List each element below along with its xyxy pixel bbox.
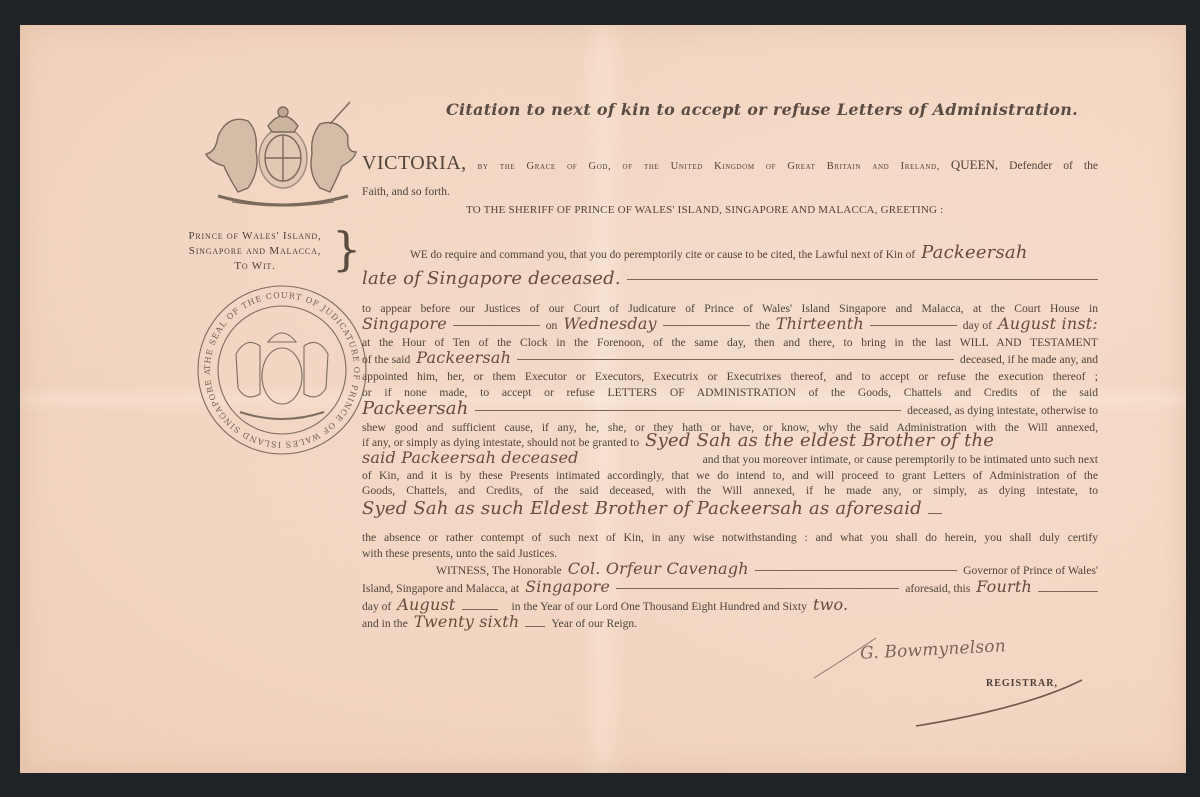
hw-day: Thirteenth — [776, 317, 864, 331]
body-line-7: appointed him, her, or them Executor or … — [362, 370, 1098, 384]
body-line-16: the absence or rather contempt of such n… — [362, 531, 1098, 545]
hw-grantee-2: said Packeersah deceased — [362, 451, 579, 465]
body-line-2: late of Singapore deceased. — [362, 272, 1098, 286]
hw-witness-month: August — [397, 598, 455, 612]
body-line-3: to appear before our Justices of our Cou… — [362, 302, 1098, 316]
hw-deceased-name-2: Packeersah — [416, 351, 511, 365]
hw-witness-place: Singapore — [525, 580, 610, 594]
court-seal-icon: THE SEAL OF THE COURT OF JUDICATURE OF P… — [196, 284, 368, 456]
hw-grantee-3: Syed Sah as such Eldest Brother of Packe… — [362, 502, 922, 516]
sovereign-name: VICTORIA, — [362, 152, 467, 174]
hw-year: two. — [813, 598, 848, 612]
jurisdiction-line-1: Prince of Wales' Island, — [170, 229, 340, 244]
hw-grantee: Syed Sah as the eldest Brother of the — [645, 434, 1098, 448]
hw-reign-year: Twenty sixth — [414, 615, 520, 629]
svg-text:THE SEAL OF THE COURT OF JUDIC: THE SEAL OF THE COURT OF JUDICATURE OF P… — [196, 284, 361, 449]
hw-court-place: Singapore — [362, 317, 447, 331]
body-line-15: Syed Sah as such Eldest Brother of Packe… — [362, 502, 1098, 516]
body-line-1: WE do require and command you, that you … — [410, 246, 1098, 262]
hw-late-of: late of Singapore deceased. — [362, 272, 621, 286]
registrar-label: REGISTRAR, — [986, 678, 1058, 689]
body-line-6: of the said Packeersah deceased, if he m… — [362, 351, 1098, 367]
hw-deceased-name: Packeersah — [921, 246, 1028, 260]
body-line-4: Singapore on Wednesday the Thirteenth da… — [362, 317, 1098, 333]
preamble-line-1: VICTORIA, by the Grace of God, of the Un… — [362, 156, 1098, 174]
hw-witness-day: Fourth — [976, 580, 1032, 594]
jurisdiction-line-2: Singapore and Malacca, — [170, 244, 340, 259]
witness-line-2: Island, Singapore and Malacca, at Singap… — [362, 580, 1098, 596]
brace-icon: } — [332, 226, 361, 272]
body-line-8: or if none made, to accept or refuse LET… — [362, 386, 1098, 400]
body-line-12: said Packeersah deceased and that you mo… — [362, 451, 1098, 467]
body-line-13: of Kin, and it is by these Presents inti… — [362, 469, 1098, 483]
body-line-14: Goods, Chattels, and Credits, of the sai… — [362, 484, 1098, 498]
preamble-line-2: Faith, and so forth. — [362, 185, 1098, 199]
body-line-9: Packeersah deceased, as dying intestate,… — [362, 402, 1098, 418]
witness-line-1: WITNESS, The Honorable Col. Orfeur Caven… — [436, 562, 1098, 578]
royal-coat-of-arms-icon — [188, 96, 378, 214]
hw-governor: Col. Orfeur Cavenagh — [568, 562, 749, 576]
document-title: Citation to next of kin to accept or ref… — [442, 100, 1082, 119]
address-line: TO THE SHERIFF OF PRINCE OF WALES' ISLAN… — [466, 203, 1200, 217]
jurisdiction-block: Prince of Wales' Island, Singapore and M… — [170, 229, 340, 274]
hw-deceased-name-3: Packeersah — [362, 402, 469, 416]
hw-weekday: Wednesday — [563, 317, 656, 331]
jurisdiction-line-3: To Wit. — [170, 259, 340, 274]
hw-month: August inst: — [998, 317, 1098, 331]
